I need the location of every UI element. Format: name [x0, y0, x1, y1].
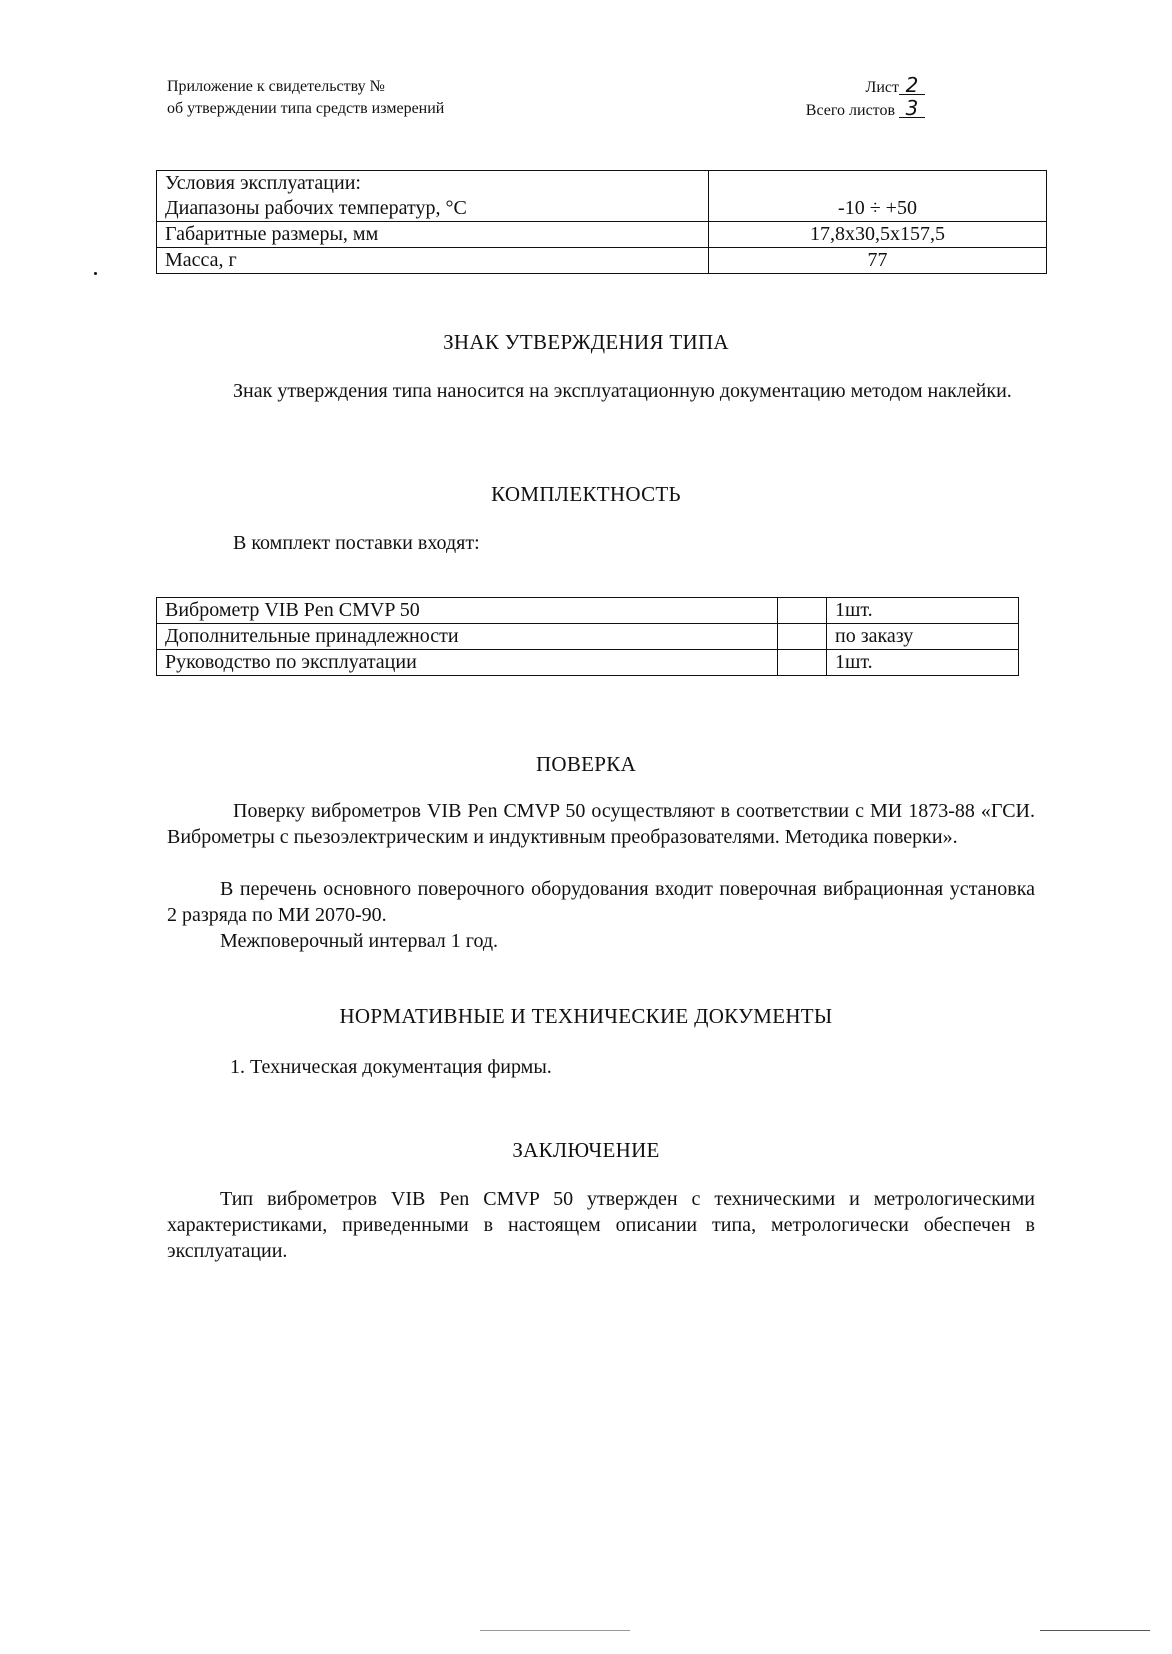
item-name: Дополнительные принадлежности [157, 624, 778, 650]
item-qty: по заказу [827, 624, 1019, 650]
header-line-2: об утверждении типа средств измерений [167, 98, 444, 120]
table-row: Дополнительные принадлежности по заказу [157, 624, 1019, 650]
spec-label-text: Диапазоны рабочих температур, °С [165, 196, 700, 221]
item-qty: 1шт. [827, 598, 1019, 624]
scan-speck [94, 272, 97, 275]
scan-artifact-line [1040, 1630, 1150, 1631]
item-name: Виброметр VIB Pen CMVP 50 [157, 598, 778, 624]
item-name: Руководство по эксплуатации [157, 650, 778, 676]
spec-label: Условия эксплуатации: Диапазоны рабочих … [157, 171, 709, 222]
sheet-number: 2 [899, 76, 925, 95]
sheet-label: Лист [865, 79, 899, 96]
section-title-completeness: КОМПЛЕКТНОСТЬ [0, 482, 1172, 507]
table-row: Габаритные размеры, мм 17,8х30,5х157,5 [157, 222, 1047, 248]
spec-value: 17,8х30,5х157,5 [709, 222, 1047, 248]
completeness-intro: В комплект поставки входят: [167, 530, 1035, 556]
normative-doc-item: 1. Техническая документация фирмы. [230, 1054, 930, 1080]
specifications-table: Условия эксплуатации: Диапазоны рабочих … [156, 170, 1047, 274]
spec-label: Масса, г [157, 248, 709, 274]
total-sheets-row: Всего листов 3 [775, 99, 925, 122]
conclusion-text: Тип виброметров VIB Pen CMVP 50 утвержде… [167, 1186, 1035, 1264]
total-sheets-label: Всего листов [806, 102, 895, 119]
spec-label: Габаритные размеры, мм [157, 222, 709, 248]
spec-value: -10 ÷ +50 [709, 171, 1047, 222]
table-row: Виброметр VIB Pen CMVP 50 1шт. [157, 598, 1019, 624]
table-row: Условия эксплуатации: Диапазоны рабочих … [157, 171, 1047, 222]
scan-artifact-line [480, 1630, 630, 1631]
verification-interval: Межповерочный интервал 1 год. [167, 928, 1035, 954]
verification-paragraph-1: Поверку виброметров VIB Pen CMVP 50 осущ… [167, 798, 1035, 850]
spec-label-text: Условия эксплуатации: [165, 171, 700, 196]
document-header-right: Лист2 Всего листов 3 [775, 76, 925, 122]
item-blank [778, 598, 827, 624]
header-line-1: Приложение к свидетельству № [167, 76, 444, 98]
section-title-verification: ПОВЕРКА [0, 752, 1172, 777]
approval-mark-text: Знак утверждения типа наносится на экспл… [167, 378, 1035, 404]
total-sheets-number: 3 [899, 99, 925, 118]
item-blank [778, 650, 827, 676]
item-blank [778, 624, 827, 650]
section-title-approval-mark: ЗНАК УТВЕРЖДЕНИЯ ТИПА [0, 330, 1172, 355]
item-qty: 1шт. [827, 650, 1019, 676]
verification-paragraph-2: В перечень основного поверочного оборудо… [167, 876, 1035, 928]
spec-value: 77 [709, 248, 1047, 274]
sheet-number-row: Лист2 [775, 76, 925, 99]
section-title-conclusion: ЗАКЛЮЧЕНИЕ [0, 1138, 1172, 1163]
table-row: Масса, г 77 [157, 248, 1047, 274]
table-row: Руководство по эксплуатации 1шт. [157, 650, 1019, 676]
completeness-table: Виброметр VIB Pen CMVP 50 1шт. Дополните… [156, 597, 1019, 676]
section-title-normative-docs: НОРМАТИВНЫЕ И ТЕХНИЧЕСКИЕ ДОКУМЕНТЫ [0, 1004, 1172, 1029]
document-header-left: Приложение к свидетельству № об утвержде… [167, 76, 444, 120]
